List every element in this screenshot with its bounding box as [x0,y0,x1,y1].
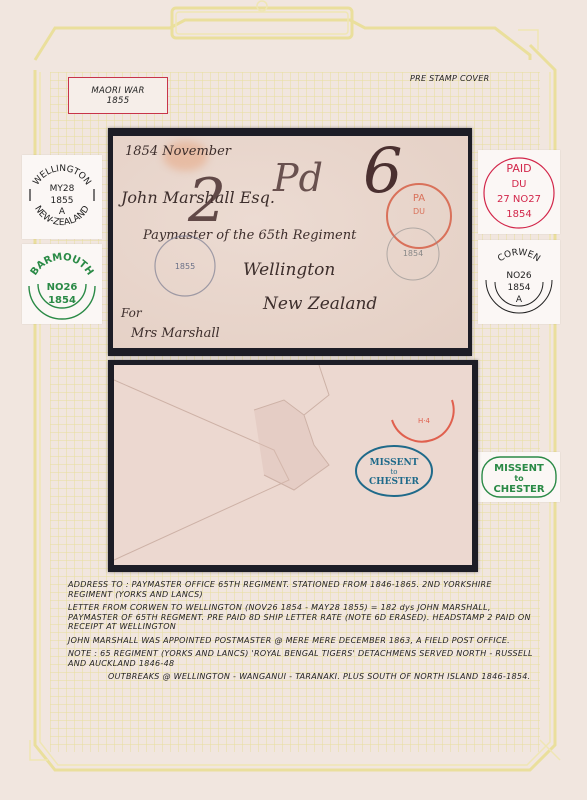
svg-text:DU: DU [413,207,425,216]
paid-line1: PAID [506,162,531,175]
postmark-paid: PAID DU 27 NO27 1854 [478,150,560,234]
header-label: PRE STAMP COVER [410,74,489,83]
postmark-corwen: CORWEN NO26 1854 A [478,240,560,324]
title-line1: MAORI WAR [91,86,144,96]
front-cover-mount: 1854 November John Marshall Esq. Paymast… [108,128,472,356]
write-up-notes: ADDRESS TO : PAYMASTER OFFICE 65TH REGIM… [68,580,538,686]
note-paragraph-1: ADDRESS TO : PAYMASTER OFFICE 65TH REGIM… [68,580,538,599]
corwen-date: NO26 [506,271,532,281]
paid-line2: DU [511,179,526,190]
wellington-year: 1855 [51,196,74,206]
barmouth-ring-top: BARMOUTH [29,252,95,278]
corwen-year: 1854 [508,283,531,293]
svg-text:1855: 1855 [175,262,195,271]
wellington-date: MY28 [50,184,75,194]
postmark-wellington: WELLINGTON NEW-ZEALAND MY28 1855 A [22,155,102,239]
svg-text:CORWEN: CORWEN [496,248,541,264]
corwen-code: A [516,295,523,305]
back-missent-line1: MISSENT [370,458,419,468]
front-cover-postmarks: PA DU 1854 1855 [113,136,468,348]
back-missent-line2: to [390,468,397,476]
barmouth-year: 1854 [48,295,76,306]
back-cover: H·4 MISSENT to CHESTER [114,365,472,565]
paid-date: 27 NO27 [497,194,541,205]
missent-line3: CHESTER [493,484,544,495]
wellington-code: A [59,207,66,217]
note-paragraph-4: NOTE : 65 REGIMENT (YORKS AND LANCS) 'RO… [68,649,538,668]
svg-text:1854: 1854 [403,249,423,258]
envelope-flaps: H·4 MISSENT to CHESTER [114,365,472,565]
album-page: MAORI WAR 1855 PRE STAMP COVER WELLINGTO… [0,0,587,800]
back-cover-mount: H·4 MISSENT to CHESTER [108,360,478,572]
missent-line1: MISSENT [494,463,544,474]
note-paragraph-5: OUTBREAKS @ WELLINGTON - WANGANUI - TARA… [68,672,538,682]
back-missent-line3: CHESTER [369,477,420,487]
svg-text:BARMOUTH: BARMOUTH [29,252,95,278]
postmark-missent: MISSENT to CHESTER [478,452,560,502]
title-line2: 1855 [107,96,130,106]
title-box: MAORI WAR 1855 [68,77,168,114]
note-paragraph-3: JOHN MARSHALL WAS APPOINTED POSTMASTER @… [68,636,538,646]
paid-year: 1854 [506,209,531,220]
missent-line2: to [514,474,524,483]
note-paragraph-2: LETTER FROM CORWEN TO WELLINGTON (NOV26 … [68,603,538,632]
postmark-barmouth: BARMOUTH NO26 1854 [22,244,102,324]
svg-text:PA: PA [413,193,425,204]
corwen-ring-top: CORWEN [496,248,541,264]
front-cover: 1854 November John Marshall Esq. Paymast… [113,136,468,348]
barmouth-date: NO26 [47,282,78,293]
back-red-partial: H·4 [418,417,430,425]
